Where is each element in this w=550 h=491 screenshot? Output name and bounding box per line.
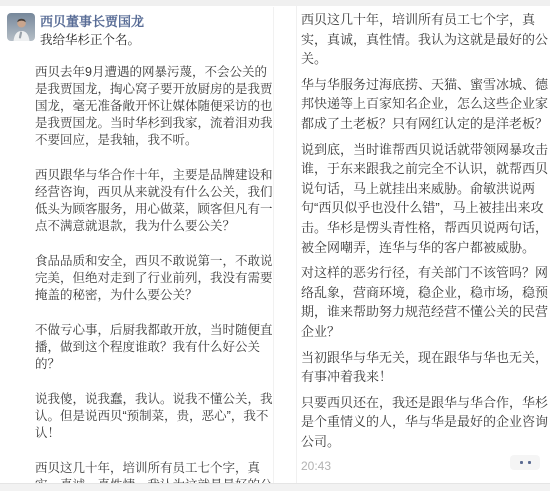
two-dots-menu-icon [520, 461, 523, 464]
author-name[interactable]: 西贝董事长贾国龙 [40, 14, 273, 30]
post-paragraph: 不做亏心事，后厨我都敢开放，当时随便直 播，做到这个程度谁敢？我有什么好公关 的… [35, 322, 273, 373]
post-paragraph: 当初跟华与华无关，现在跟华与华也无关， 有事冲着我来！ [301, 348, 542, 387]
post-footer: 20:43 [301, 457, 542, 477]
avatar[interactable] [7, 13, 35, 41]
post-paragraph: 华与华服务过海底捞、天猫、蜜雪冰城、德 邦快递等上百家知名企业，怎么这些企业家 … [301, 75, 542, 134]
post-paragraph: 食品品质和安全，西贝不敢说第一，不敢说 完美，但绝对走到了行业前列，我没有需要 … [35, 253, 273, 304]
post-paragraph: 说我傻，说我蠢，我认。说我不懂公关，我 认。但是说西贝“预制菜，贵，恶心”，我不… [35, 391, 273, 442]
post-paragraph: 对这样的恶劣行径，有关部门不该管吗？网 络乱象，营商环境，稳企业，稳市场，稳预 … [301, 263, 542, 341]
post-paragraph: 西贝这几十年，培训所有员工七个字，真 实，真诚，真性情。我认为这就是最好的公 关… [301, 10, 542, 69]
timestamp: 20:43 [301, 459, 331, 473]
two-dots-menu-icon [528, 461, 531, 464]
moments-post-screenshot: 西贝董事长贾国龙 我给华杉正个名。 西贝去年9月遭遇的网暴污蔑，不会公关的 是我… [0, 0, 550, 491]
post-paragraph: 说到底，当时谁帮西贝说话就带领网暴攻击 谁，于东来跟我之前完全不认识，就帮西贝 … [301, 140, 542, 258]
post-first-line: 我给华杉正个名。 [40, 32, 273, 49]
post-paragraph: 西贝跟华与华合作十年，主要是品牌建设和 经营咨询，西贝从来就没有什么公关，我们 … [35, 167, 273, 235]
speaker-portrait-icon [7, 13, 35, 41]
top-edge-strip [0, 0, 550, 6]
comment-like-button[interactable] [510, 455, 540, 470]
post-header: 西贝董事长贾国龙 我给华杉正个名。 [0, 7, 273, 49]
post-paragraph: 西贝去年9月遭遇的网暴污蔑，不会公关的 是我贾国龙，掏心窝子要开放厨房的是我贾 … [35, 64, 273, 149]
post-column-left: 西贝董事长贾国龙 我给华杉正个名。 西贝去年9月遭遇的网暴污蔑，不会公关的 是我… [0, 7, 274, 491]
post-column-right: 西贝这几十年，培训所有员工七个字，真 实，真诚，真性情。我认为这就是最好的公 关… [296, 0, 550, 491]
post-paragraph: 只要西贝还在，我还是跟华与华合作，华杉 是个重情义的人，华与华是最好的企业咨询 … [301, 393, 542, 452]
bottom-edge-strip [0, 483, 550, 491]
